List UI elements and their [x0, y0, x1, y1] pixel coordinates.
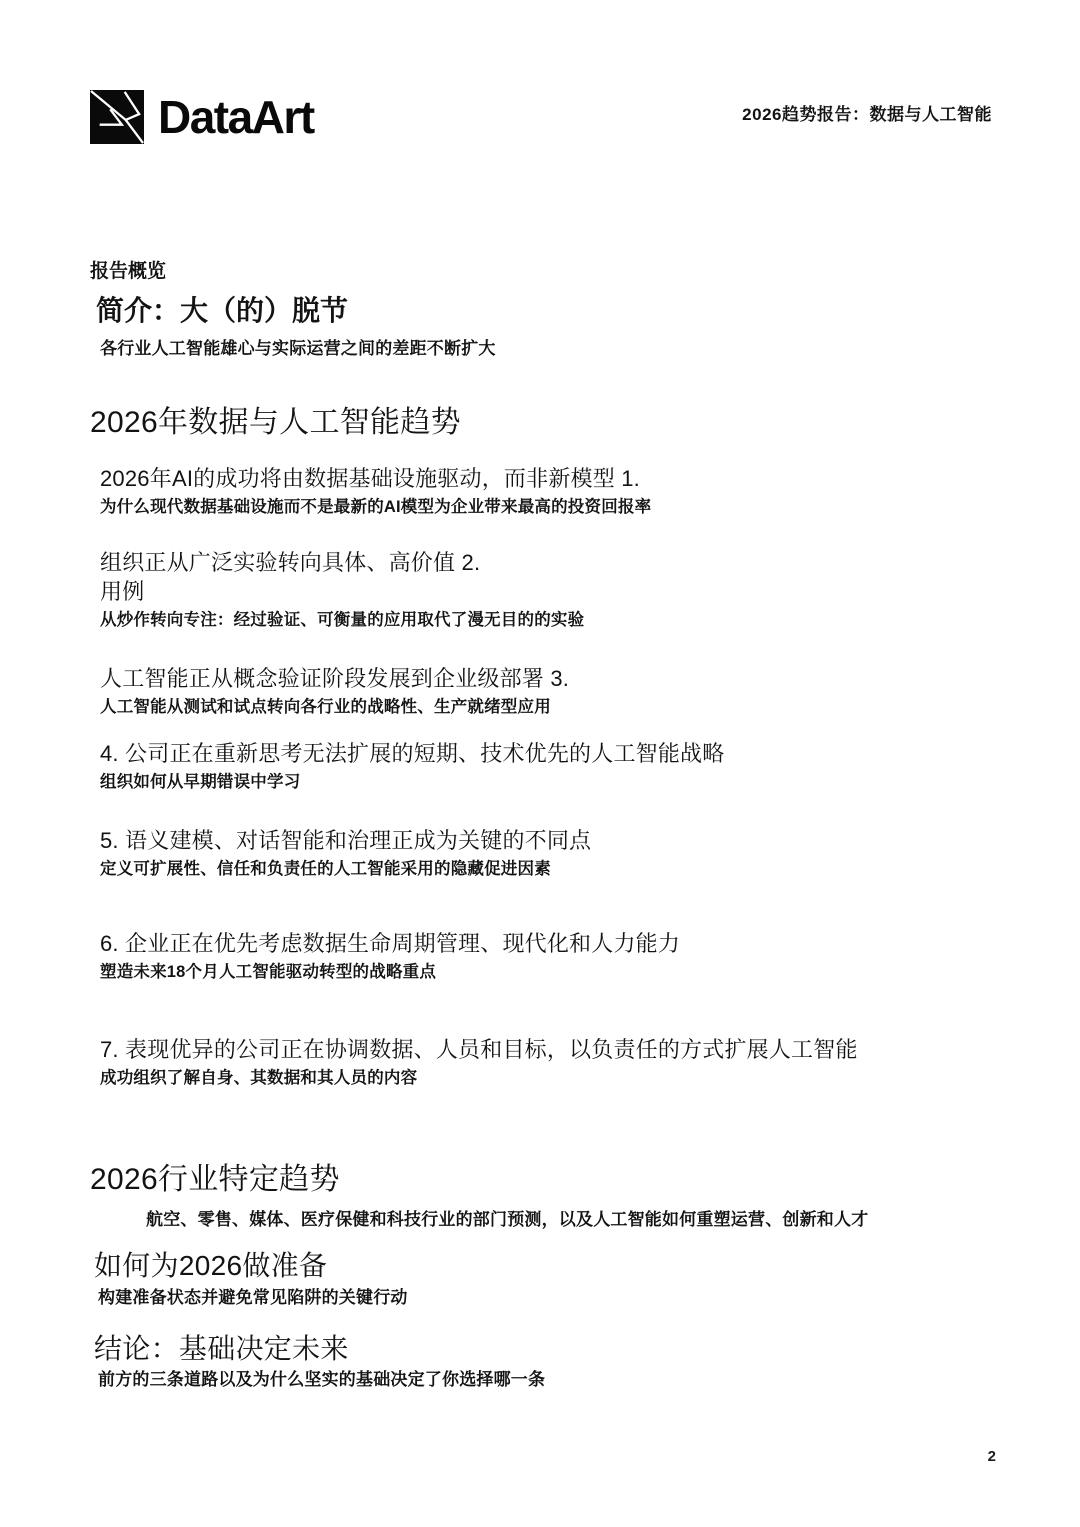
- toc-item-6-subtitle: 塑造未来18个月人工智能驱动转型的战略重点: [100, 962, 992, 983]
- conclusion-section-subtitle: 前方的三条道路以及为什么坚实的基础决定了你选择哪一条: [98, 1369, 992, 1391]
- overview-label: 报告概览: [90, 256, 992, 283]
- industry-section-title: 2026行业特定趋势: [90, 1160, 992, 1199]
- industry-section-subtitle: 航空、零售、媒体、医疗保健和科技行业的部门预测，以及人工智能如何重塑运营、创新和…: [146, 1207, 968, 1233]
- toc-item-1: 2026年AI的成功将由数据基础设施驱动，而非新模型 1. 为什么现代数据基础设…: [100, 464, 992, 518]
- toc-item-4-subtitle: 组织如何从早期错误中学习: [100, 772, 992, 793]
- toc-item-2: 组织正从广泛实验转向具体、高价值 2. 用例 从炒作转向专注：经过验证、可衡量的…: [100, 548, 992, 631]
- toc-item-4: 4. 公司正在重新思考无法扩展的短期、技术优先的人工智能战略 组织如何从早期错误…: [100, 739, 992, 793]
- toc-item-1-subtitle: 为什么现代数据基础设施而不是最新的AI模型为企业带来最高的投资回报率: [100, 497, 992, 518]
- toc-item-5-title: 5. 语义建模、对话智能和治理正成为关键的不同点: [100, 826, 992, 855]
- dataart-logo-text: DataArt: [158, 92, 314, 143]
- toc-item-3-subtitle: 人工智能从测试和试点转向各行业的战略性、生产就绪型应用: [100, 697, 992, 718]
- toc-item-7-title: 7. 表现优异的公司正在协调数据、人员和目标，以负责任的方式扩展人工智能: [100, 1035, 992, 1064]
- toc-item-3: 人工智能正从概念验证阶段发展到企业级部署 3. 人工智能从测试和试点转向各行业的…: [100, 664, 992, 718]
- report-header-title: 2026趋势报告：数据与人工智能: [742, 100, 992, 125]
- toc-item-2-subtitle: 从炒作转向专注：经过验证、可衡量的应用取代了漫无目的的实验: [100, 610, 992, 631]
- conclusion-section-title: 结论：基础决定未来: [94, 1331, 992, 1367]
- toc-item-4-title: 4. 公司正在重新思考无法扩展的短期、技术优先的人工智能战略: [100, 739, 992, 768]
- trends-section-title: 2026年数据与人工智能趋势: [90, 403, 992, 442]
- toc-item-2-title-line2: 用例: [100, 577, 992, 606]
- document-page: DataArt 2026趋势报告：数据与人工智能 报告概览 简介：大（的）脱节 …: [0, 0, 1080, 1527]
- prepare-section-title: 如何为2026做准备: [94, 1248, 992, 1284]
- toc-item-2-title: 组织正从广泛实验转向具体、高价值 2.: [100, 548, 992, 577]
- prepare-section-subtitle: 构建准备状态并避免常见陷阱的关键行动: [98, 1287, 992, 1309]
- dataart-logo: DataArt: [90, 90, 314, 144]
- page-number: 2: [988, 1448, 996, 1465]
- toc-item-7: 7. 表现优异的公司正在协调数据、人员和目标，以负责任的方式扩展人工智能 成功组…: [100, 1035, 992, 1089]
- toc-item-1-title: 2026年AI的成功将由数据基础设施驱动，而非新模型 1.: [100, 464, 992, 493]
- intro-title: 简介：大（的）脱节: [96, 293, 992, 328]
- dataart-logo-icon: [90, 90, 144, 144]
- page-header: DataArt 2026趋势报告：数据与人工智能: [90, 90, 992, 144]
- toc-item-6: 6. 企业正在优先考虑数据生命周期管理、现代化和人力能力 塑造未来18个月人工智…: [100, 929, 992, 983]
- trends-toc-list: 2026年AI的成功将由数据基础设施驱动，而非新模型 1. 为什么现代数据基础设…: [100, 464, 992, 1089]
- toc-item-6-title: 6. 企业正在优先考虑数据生命周期管理、现代化和人力能力: [100, 929, 992, 958]
- toc-item-3-title: 人工智能正从概念验证阶段发展到企业级部署 3.: [100, 664, 992, 693]
- toc-item-7-subtitle: 成功组织了解自身、其数据和其人员的内容: [100, 1068, 992, 1089]
- intro-subtitle: 各行业人工智能雄心与实际运营之间的差距不断扩大: [100, 334, 992, 359]
- toc-item-5: 5. 语义建模、对话智能和治理正成为关键的不同点 定义可扩展性、信任和负责任的人…: [100, 826, 992, 880]
- toc-item-5-subtitle: 定义可扩展性、信任和负责任的人工智能采用的隐藏促进因素: [100, 859, 992, 880]
